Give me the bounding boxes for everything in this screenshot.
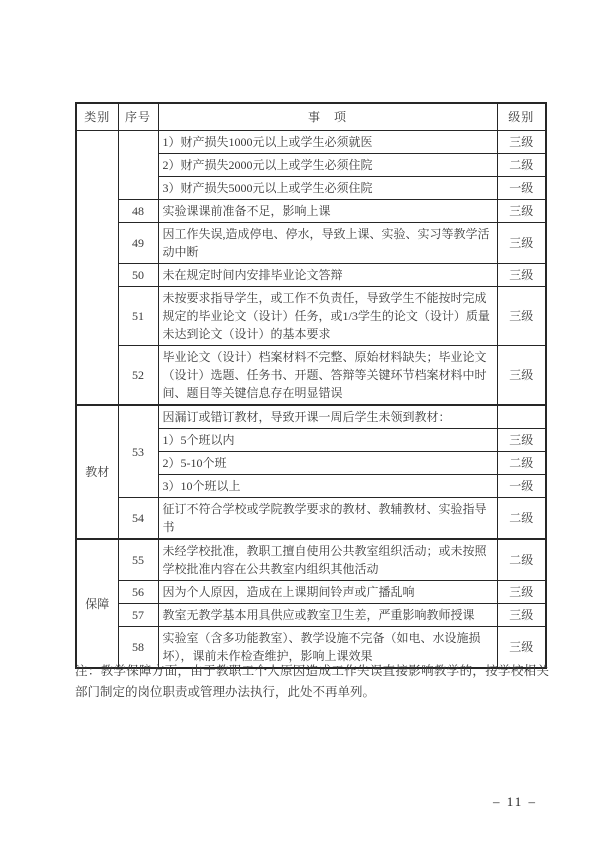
- level-cell: 三级: [497, 287, 546, 346]
- index-cell: 49: [118, 223, 158, 264]
- category-cell: 教材: [76, 405, 118, 539]
- level-cell: 三级: [497, 264, 546, 287]
- column-header-item: 事 项: [158, 103, 497, 131]
- item-cell: 因为个人原因，造成在上课期间铃声或广播乱响: [158, 581, 497, 604]
- level-cell: [497, 405, 546, 429]
- item-cell: 未经学校批准，教职工擅自使用公共教室组织活动；或未按照学校批准内容在公共教室内组…: [158, 539, 497, 581]
- table-row: 1）财产损失1000元以上或学生必须就医 三级: [76, 131, 546, 154]
- index-cell: 52: [118, 346, 158, 406]
- index-cell: 54: [118, 498, 158, 540]
- table-row: 保障 55 未经学校批准，教职工擅自使用公共教室组织活动；或未按照学校批准内容在…: [76, 539, 546, 581]
- index-cell: 51: [118, 287, 158, 346]
- item-cell: 2）财产损失2000元以上或学生必须住院: [158, 154, 497, 177]
- item-cell: 1）5个班以内: [158, 429, 497, 452]
- item-cell: 未在规定时间内安排毕业论文答辩: [158, 264, 497, 287]
- item-cell: 1）财产损失1000元以上或学生必须就医: [158, 131, 497, 154]
- table-row: 48 实验课课前准备不足，影响上课 三级: [76, 200, 546, 223]
- level-cell: 二级: [497, 539, 546, 581]
- table-row: 56 因为个人原因，造成在上课期间铃声或广播乱响 三级: [76, 581, 546, 604]
- level-cell: 一级: [497, 475, 546, 498]
- item-cell: 教室无教学基本用具供应或教室卫生差，严重影响教师授课: [158, 604, 497, 627]
- level-cell: 三级: [497, 581, 546, 604]
- table-row: 57 教室无教学基本用具供应或教室卫生差，严重影响教师授课 三级: [76, 604, 546, 627]
- table-row: 49 因工作失误,造成停电、停水，导致上课、实验、实习等教学活动中断 三级: [76, 223, 546, 264]
- index-cell: 48: [118, 200, 158, 223]
- item-cell: 3）10个班以上: [158, 475, 497, 498]
- teaching-accident-classification-table: 类别 序号 事 项 级别 1）财产损失1000元以上或学生必须就医 三级 2）财…: [75, 102, 547, 669]
- item-cell: 因工作失误,造成停电、停水，导致上课、实验、实习等教学活动中断: [158, 223, 497, 264]
- level-cell: 二级: [497, 452, 546, 475]
- index-cell: 57: [118, 604, 158, 627]
- index-cell: 50: [118, 264, 158, 287]
- column-header-level: 级别: [497, 103, 546, 131]
- item-cell: 3）财产损失5000元以上或学生必须住院: [158, 177, 497, 200]
- level-cell: 二级: [497, 154, 546, 177]
- table-header-row: 类别 序号 事 项 级别: [76, 103, 546, 131]
- level-cell: 三级: [497, 346, 546, 406]
- table-row: 51 未按要求指导学生，或工作不负责任，导致学生不能按时完成规定的毕业论文（设计…: [76, 287, 546, 346]
- item-cell: 因漏订或错订教材，导致开课一周后学生未领到教材：: [158, 405, 497, 429]
- index-cell: 53: [118, 405, 158, 498]
- level-cell: 三级: [497, 131, 546, 154]
- table-row: 50 未在规定时间内安排毕业论文答辩 三级: [76, 264, 546, 287]
- document-page: 类别 序号 事 项 级别 1）财产损失1000元以上或学生必须就医 三级 2）财…: [0, 0, 614, 866]
- item-cell: 未按要求指导学生，或工作不负责任，导致学生不能按时完成规定的毕业论文（设计）任务…: [158, 287, 497, 346]
- column-header-index: 序号: [118, 103, 158, 131]
- level-cell: 三级: [497, 223, 546, 264]
- item-cell: 毕业论文（设计）档案材料不完整、原始材料缺失；毕业论文（设计）选题、任务书、开题…: [158, 346, 497, 406]
- item-cell: 实验课课前准备不足，影响上课: [158, 200, 497, 223]
- category-cell: 保障: [76, 539, 118, 668]
- level-cell: 三级: [497, 200, 546, 223]
- item-cell: 2）5-10个班: [158, 452, 497, 475]
- table-row: 54 征订不符合学校或学院教学要求的教材、教辅教材、实验指导书 二级: [76, 498, 546, 540]
- index-cell: 55: [118, 539, 158, 581]
- level-cell: 一级: [497, 177, 546, 200]
- page-number: – 11 –: [480, 794, 550, 810]
- footnote: 注：教学保障方面，由于教职工个人原因造成工作失误直接影响教学的，按学校相关部门制…: [75, 661, 549, 702]
- table-row: 教材 53 因漏订或错订教材，导致开课一周后学生未领到教材：: [76, 405, 546, 429]
- column-header-category: 类别: [76, 103, 118, 131]
- level-cell: 三级: [497, 429, 546, 452]
- level-cell: 三级: [497, 604, 546, 627]
- item-cell: 征订不符合学校或学院教学要求的教材、教辅教材、实验指导书: [158, 498, 497, 540]
- index-cell: 56: [118, 581, 158, 604]
- level-cell: 二级: [497, 498, 546, 540]
- index-cell: [118, 131, 158, 200]
- category-cell: [76, 131, 118, 406]
- table-row: 52 毕业论文（设计）档案材料不完整、原始材料缺失；毕业论文（设计）选题、任务书…: [76, 346, 546, 406]
